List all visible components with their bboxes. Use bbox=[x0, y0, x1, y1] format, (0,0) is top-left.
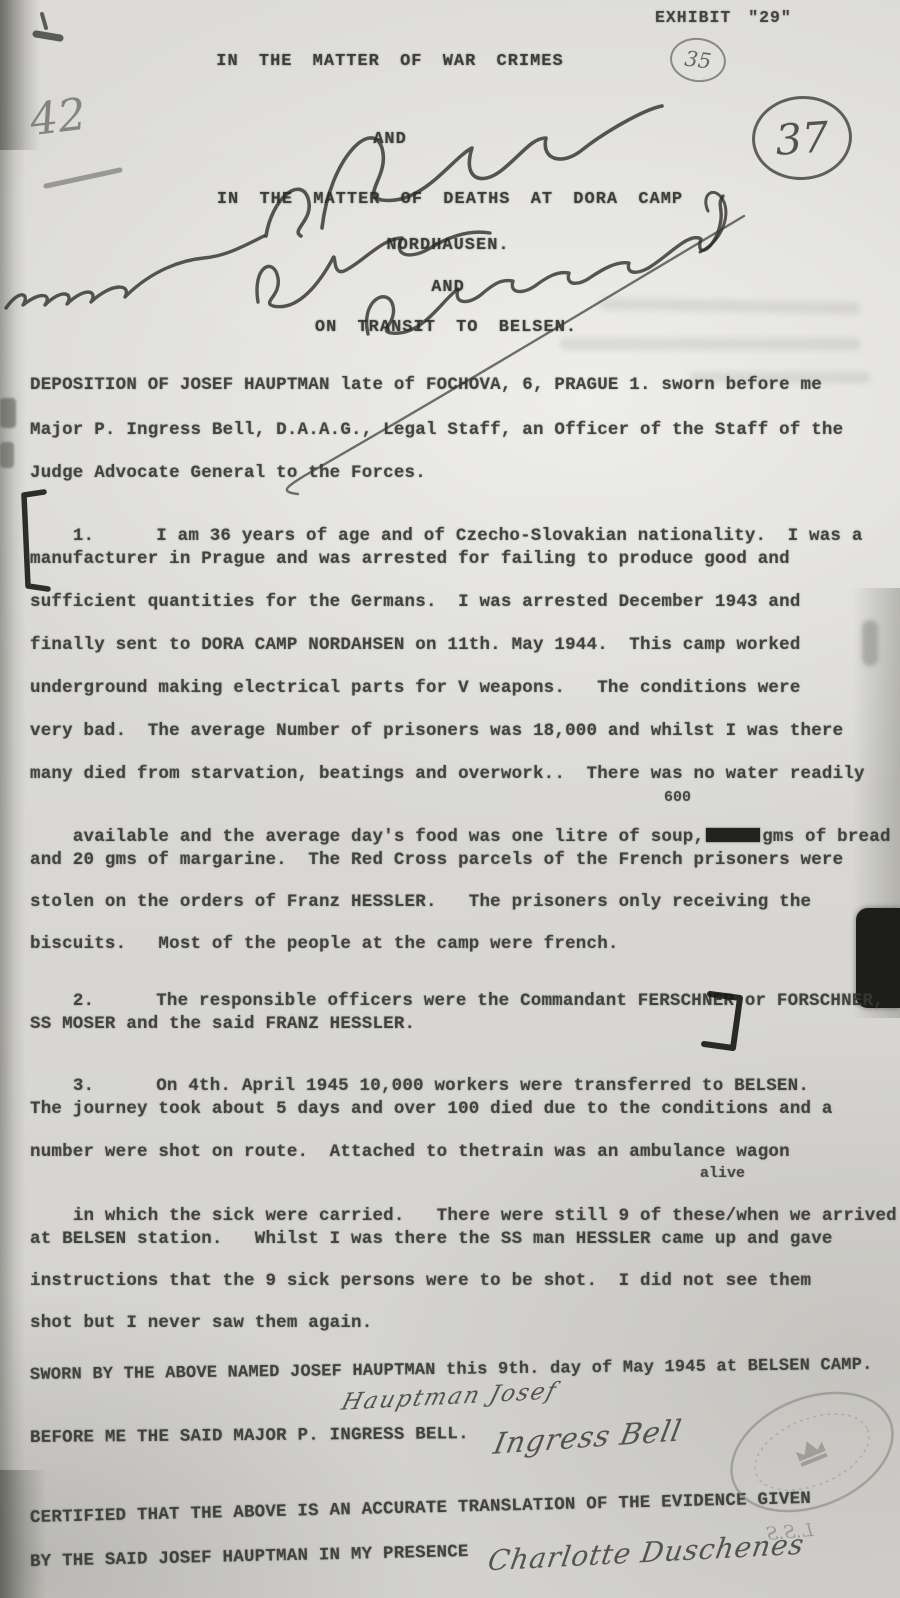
para3-line-2: The journey took about 5 days and over 1… bbox=[30, 1099, 833, 1119]
preamble-line-2: Major P. Ingress Bell, D.A.A.G., Legal S… bbox=[30, 420, 843, 440]
signature-deponent: Hauptman Josef bbox=[339, 1378, 561, 1416]
para1-line-3: sufficient quantities for the Germans. I… bbox=[30, 592, 801, 612]
folio-large-value: 37 bbox=[774, 112, 831, 165]
bleedthrough-ghost bbox=[560, 338, 860, 350]
edge-smudge bbox=[0, 398, 16, 428]
para1-text-1: I am 36 years of age and of Czecho-Slova… bbox=[156, 526, 862, 546]
para1-number: 1. bbox=[73, 526, 94, 546]
stamp-offset-note: L.S.S bbox=[765, 1520, 814, 1545]
para1-line-10: stolen on the orders of Franz HESSLER. T… bbox=[30, 892, 811, 912]
jurat-certified-line-1: CERTIFIED THAT THE ABOVE IS AN ACCURATE … bbox=[30, 1489, 811, 1528]
margin-42-underline bbox=[46, 170, 120, 186]
para3-line-5: at BELSEN station. Whilst I was there th… bbox=[30, 1229, 833, 1249]
bleedthrough-ghost bbox=[600, 298, 860, 315]
exhibit-label: EXHIBIT "29" bbox=[655, 8, 792, 27]
para1-line-11: biscuits. Most of the people at the camp… bbox=[30, 934, 619, 954]
para3-text-1: On 4th. April 1945 10,000 workers were t… bbox=[156, 1076, 809, 1096]
signature-officer: Ingress Bell bbox=[491, 1413, 685, 1461]
scan-strip-right bbox=[852, 588, 900, 1018]
correction-600-insert: 600 bbox=[664, 789, 691, 806]
scan-corner-bottom-left bbox=[0, 1470, 46, 1598]
para3-line-7: shot but I never saw them again. bbox=[30, 1313, 372, 1333]
stamp-crown-icon bbox=[794, 1436, 828, 1467]
para3-text-4a: in which the sick were carried. There we… bbox=[73, 1206, 737, 1226]
jurat-sworn-line: SWORN BY THE ABOVE NAMED JOSEF HAUPTMAN … bbox=[30, 1356, 873, 1385]
edge-tick-marks bbox=[36, 14, 60, 38]
para1-text-8a: available and the average day's food was… bbox=[73, 827, 704, 847]
para1-line-4: finally sent to DORA CAMP NORDAHSEN on 1… bbox=[30, 635, 801, 655]
edge-smudge bbox=[862, 620, 878, 666]
para2-number: 2. bbox=[73, 991, 94, 1011]
title-war-crimes: IN THE MATTER OF WAR CRIMES bbox=[0, 52, 780, 71]
para1-line-5: underground making electrical parts for … bbox=[30, 678, 801, 698]
insert-alive-above-line: alive bbox=[700, 1165, 745, 1182]
title-and-2: AND bbox=[0, 278, 896, 297]
para1-line-6: very bad. The average Number of prisoner… bbox=[30, 721, 843, 741]
para2-text-1: The responsible officers were the Comman… bbox=[156, 991, 884, 1011]
preamble-line-3: Judge Advocate General to the Forces. bbox=[30, 463, 426, 483]
para1-line-9: and 20 gms of margarine. The Red Cross p… bbox=[30, 850, 843, 870]
title-deaths-dora: IN THE MATTER OF DEATHS AT DORA CAMP bbox=[0, 190, 900, 209]
para3-text-4b: when we arrived bbox=[736, 1206, 897, 1226]
para1-line-2: manufacturer in Prague and was arrested … bbox=[30, 549, 790, 569]
para3-number: 3. bbox=[73, 1076, 94, 1096]
title-nordhausen: NORDHAUSEN. bbox=[0, 236, 896, 255]
para2-line-2: SS MOSER and the said FRANZ HESSLER. bbox=[30, 1014, 415, 1034]
deposition-document-scan: EXHIBIT "29" 35 37 42 IN THE MATTER OF W… bbox=[0, 0, 900, 1598]
diagonal-strike-line bbox=[287, 216, 744, 494]
jurat-before-line: BEFORE ME THE SAID MAJOR P. INGRESS BELL… bbox=[30, 1424, 469, 1448]
para3-line-6: instructions that the 9 sick persons wer… bbox=[30, 1271, 811, 1291]
redacted-overtyped-word bbox=[706, 828, 760, 842]
preamble-line-1: DEPOSITION OF JOSEF HAUPTMAN late of FOC… bbox=[30, 375, 822, 395]
title-and-1: AND bbox=[0, 130, 780, 149]
title-transit-belsen: ON TRANSIT TO BELSEN. bbox=[0, 318, 892, 337]
jurat-certified-line-2: BY THE SAID JOSEF HAUPTMAN IN MY PRESENC… bbox=[30, 1542, 469, 1572]
para1-line-7: many died from starvation, beatings and … bbox=[30, 764, 865, 784]
para1-text-8b: gms of bread bbox=[762, 827, 890, 847]
signature-interpreter: Charlotte Duschenes bbox=[486, 1528, 807, 1578]
para3-line-3: number were shot on route. Attached to t… bbox=[30, 1142, 790, 1162]
edge-smudge bbox=[0, 442, 14, 468]
